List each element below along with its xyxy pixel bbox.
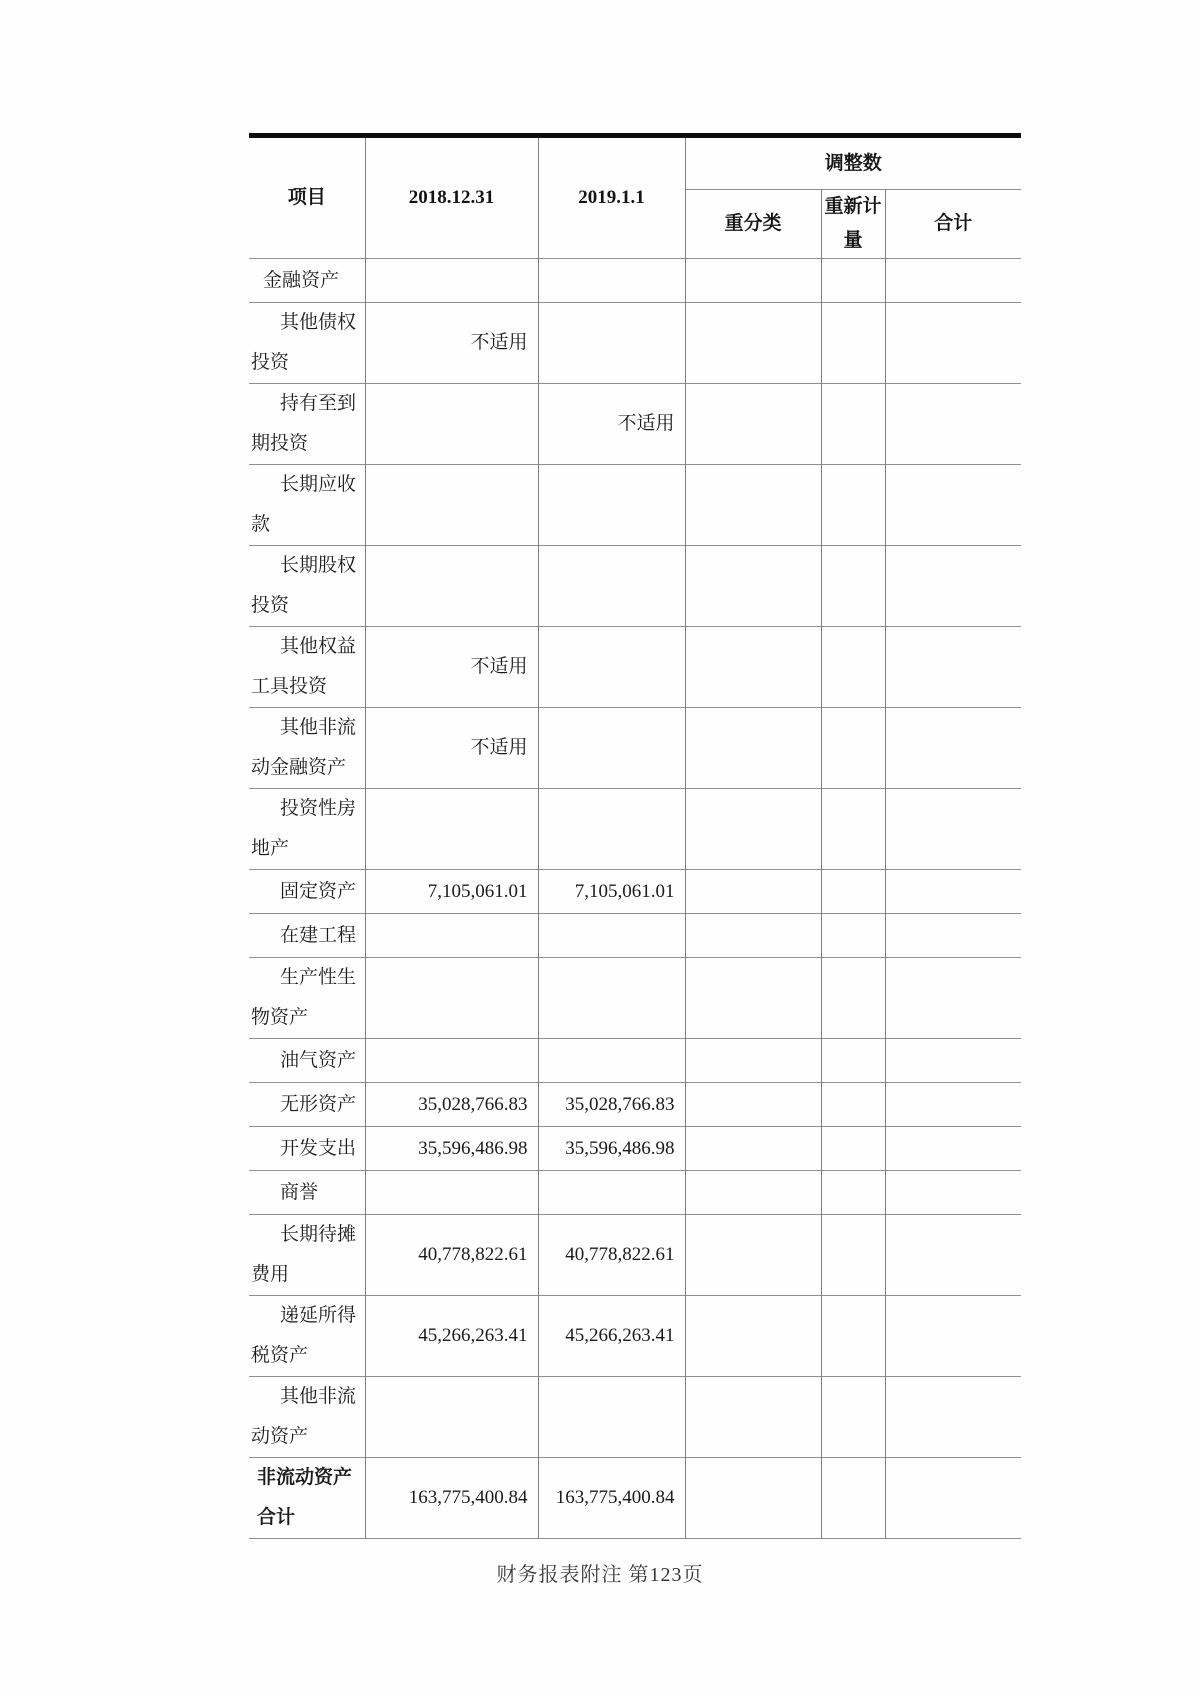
cell-2019: 7,105,061.01: [538, 870, 685, 914]
cell-reclass: [685, 1039, 821, 1083]
header-2018-12-31: 2018.12.31: [365, 136, 538, 259]
cell-reclass: [685, 303, 821, 384]
cell-reclass: [685, 1296, 821, 1377]
cell-2018: 不适用: [365, 303, 538, 384]
cell-2019: 35,028,766.83: [538, 1083, 685, 1127]
table-row-total: 非流动资产合计 163,775,400.84 163,775,400.84: [249, 1458, 1021, 1539]
table-row: 金融资产: [249, 259, 1021, 303]
cell-remeasure: [821, 708, 885, 789]
cell-2018: [365, 1171, 538, 1215]
cell-total: [885, 627, 1021, 708]
cell-2018: 35,596,486.98: [365, 1127, 538, 1171]
cell-total: [885, 1215, 1021, 1296]
cell-remeasure: [821, 627, 885, 708]
cell-reclass: [685, 465, 821, 546]
row-label: 其他非流动金融资产: [249, 708, 365, 789]
cell-2019: [538, 465, 685, 546]
cell-2018: [365, 958, 538, 1039]
table-row: 长期应收款: [249, 465, 1021, 546]
cell-2019: 不适用: [538, 384, 685, 465]
row-label: 开发支出: [249, 1127, 365, 1171]
cell-remeasure: [821, 1215, 885, 1296]
table-row: 油气资产: [249, 1039, 1021, 1083]
cell-remeasure: [821, 1171, 885, 1215]
cell-total: [885, 870, 1021, 914]
table-row: 持有至到期投资 不适用: [249, 384, 1021, 465]
cell-2018: [365, 789, 538, 870]
cell-reclass: [685, 1083, 821, 1127]
header-remeasurement: 重新计量: [821, 190, 885, 259]
header-item: 项目: [249, 136, 365, 259]
cell-2018: 35,028,766.83: [365, 1083, 538, 1127]
cell-reclass: [685, 384, 821, 465]
row-label: 投资性房地产: [249, 789, 365, 870]
table-row: 其他权益工具投资 不适用: [249, 627, 1021, 708]
header-total: 合计: [885, 190, 1021, 259]
cell-total: [885, 546, 1021, 627]
cell-total: [885, 465, 1021, 546]
cell-total: [885, 708, 1021, 789]
cell-total: [885, 1377, 1021, 1458]
table-row: 递延所得税资产 45,266,263.41 45,266,263.41: [249, 1296, 1021, 1377]
row-label: 其他债权投资: [249, 303, 365, 384]
cell-total: [885, 958, 1021, 1039]
cell-remeasure: [821, 546, 885, 627]
header-2019-1-1: 2019.1.1: [538, 136, 685, 259]
cell-remeasure: [821, 465, 885, 546]
table-row: 长期待摊费用 40,778,822.61 40,778,822.61: [249, 1215, 1021, 1296]
row-label: 固定资产: [249, 870, 365, 914]
row-label: 生产性生物资产: [249, 958, 365, 1039]
cell-remeasure: [821, 914, 885, 958]
cell-reclass: [685, 1127, 821, 1171]
row-label: 长期股权投资: [249, 546, 365, 627]
cell-2019: [538, 1171, 685, 1215]
cell-reclass: [685, 1171, 821, 1215]
cell-total: [885, 259, 1021, 303]
cell-total: [885, 1083, 1021, 1127]
page-footer: 财务报表附注 第123页: [0, 1558, 1200, 1587]
cell-reclass: [685, 870, 821, 914]
cell-2018: [365, 546, 538, 627]
table-row: 其他债权投资 不适用: [249, 303, 1021, 384]
cell-2018: [365, 465, 538, 546]
row-label: 金融资产: [249, 259, 365, 303]
row-label: 递延所得税资产: [249, 1296, 365, 1377]
cell-total: [885, 1458, 1021, 1539]
cell-reclass: [685, 546, 821, 627]
table-row: 投资性房地产: [249, 789, 1021, 870]
row-label: 商誉: [249, 1171, 365, 1215]
cell-2019: [538, 1039, 685, 1083]
row-label: 非流动资产合计: [249, 1458, 365, 1539]
cell-reclass: [685, 958, 821, 1039]
table-row: 开发支出 35,596,486.98 35,596,486.98: [249, 1127, 1021, 1171]
cell-2018: 40,778,822.61: [365, 1215, 538, 1296]
cell-remeasure: [821, 1083, 885, 1127]
financial-table: 项目 2018.12.31 2019.1.1 调整数 重分类 重新计量 合计 金…: [249, 133, 1021, 1539]
row-label: 持有至到期投资: [249, 384, 365, 465]
cell-reclass: [685, 708, 821, 789]
cell-2019: 35,596,486.98: [538, 1127, 685, 1171]
cell-2018: 7,105,061.01: [365, 870, 538, 914]
table-row: 无形资产 35,028,766.83 35,028,766.83: [249, 1083, 1021, 1127]
header-adjustments-group: 调整数: [685, 136, 1021, 190]
cell-remeasure: [821, 1039, 885, 1083]
cell-2019: 45,266,263.41: [538, 1296, 685, 1377]
cell-2019: [538, 914, 685, 958]
cell-2018: [365, 384, 538, 465]
cell-reclass: [685, 259, 821, 303]
cell-total: [885, 303, 1021, 384]
cell-total: [885, 1127, 1021, 1171]
row-label: 长期待摊费用: [249, 1215, 365, 1296]
cell-reclass: [685, 1458, 821, 1539]
cell-remeasure: [821, 1458, 885, 1539]
cell-remeasure: [821, 958, 885, 1039]
cell-2019: [538, 1377, 685, 1458]
cell-2018: 不适用: [365, 627, 538, 708]
cell-remeasure: [821, 1377, 885, 1458]
cell-reclass: [685, 627, 821, 708]
cell-2019: [538, 708, 685, 789]
cell-remeasure: [821, 789, 885, 870]
cell-total: [885, 789, 1021, 870]
row-label: 在建工程: [249, 914, 365, 958]
cell-total: [885, 1296, 1021, 1377]
cell-2019: [538, 546, 685, 627]
table-header: 项目 2018.12.31 2019.1.1 调整数 重分类 重新计量 合计: [249, 136, 1021, 259]
cell-total: [885, 914, 1021, 958]
cell-2019: [538, 627, 685, 708]
cell-remeasure: [821, 1127, 885, 1171]
table-row: 固定资产 7,105,061.01 7,105,061.01: [249, 870, 1021, 914]
table-row: 长期股权投资: [249, 546, 1021, 627]
cell-2019: [538, 259, 685, 303]
cell-reclass: [685, 1377, 821, 1458]
row-label: 长期应收款: [249, 465, 365, 546]
cell-2019: [538, 789, 685, 870]
table-row: 生产性生物资产: [249, 958, 1021, 1039]
cell-reclass: [685, 914, 821, 958]
table-row: 其他非流动资产: [249, 1377, 1021, 1458]
cell-reclass: [685, 789, 821, 870]
table-row: 其他非流动金融资产 不适用: [249, 708, 1021, 789]
cell-2018: [365, 1039, 538, 1083]
cell-total: [885, 384, 1021, 465]
cell-2019: [538, 958, 685, 1039]
cell-2019: 163,775,400.84: [538, 1458, 685, 1539]
header-reclassification: 重分类: [685, 190, 821, 259]
cell-remeasure: [821, 1296, 885, 1377]
cell-2019: 40,778,822.61: [538, 1215, 685, 1296]
document-page: 项目 2018.12.31 2019.1.1 调整数 重分类 重新计量 合计 金…: [0, 0, 1200, 1696]
cell-remeasure: [821, 303, 885, 384]
cell-2019: [538, 303, 685, 384]
table-row: 商誉: [249, 1171, 1021, 1215]
row-label: 油气资产: [249, 1039, 365, 1083]
cell-2018: 163,775,400.84: [365, 1458, 538, 1539]
cell-reclass: [685, 1215, 821, 1296]
cell-2018: [365, 914, 538, 958]
cell-total: [885, 1171, 1021, 1215]
header-row-top: 项目 2018.12.31 2019.1.1 调整数: [249, 136, 1021, 190]
cell-2018: [365, 1377, 538, 1458]
table-body: 金融资产 其他债权投资 不适用 持有至到期投资 不适用: [249, 259, 1021, 1539]
row-label: 其他非流动资产: [249, 1377, 365, 1458]
cell-remeasure: [821, 870, 885, 914]
row-label: 其他权益工具投资: [249, 627, 365, 708]
table-row: 在建工程: [249, 914, 1021, 958]
cell-2018: 45,266,263.41: [365, 1296, 538, 1377]
cell-2018: 不适用: [365, 708, 538, 789]
cell-total: [885, 1039, 1021, 1083]
cell-remeasure: [821, 384, 885, 465]
cell-2018: [365, 259, 538, 303]
row-label: 无形资产: [249, 1083, 365, 1127]
cell-remeasure: [821, 259, 885, 303]
